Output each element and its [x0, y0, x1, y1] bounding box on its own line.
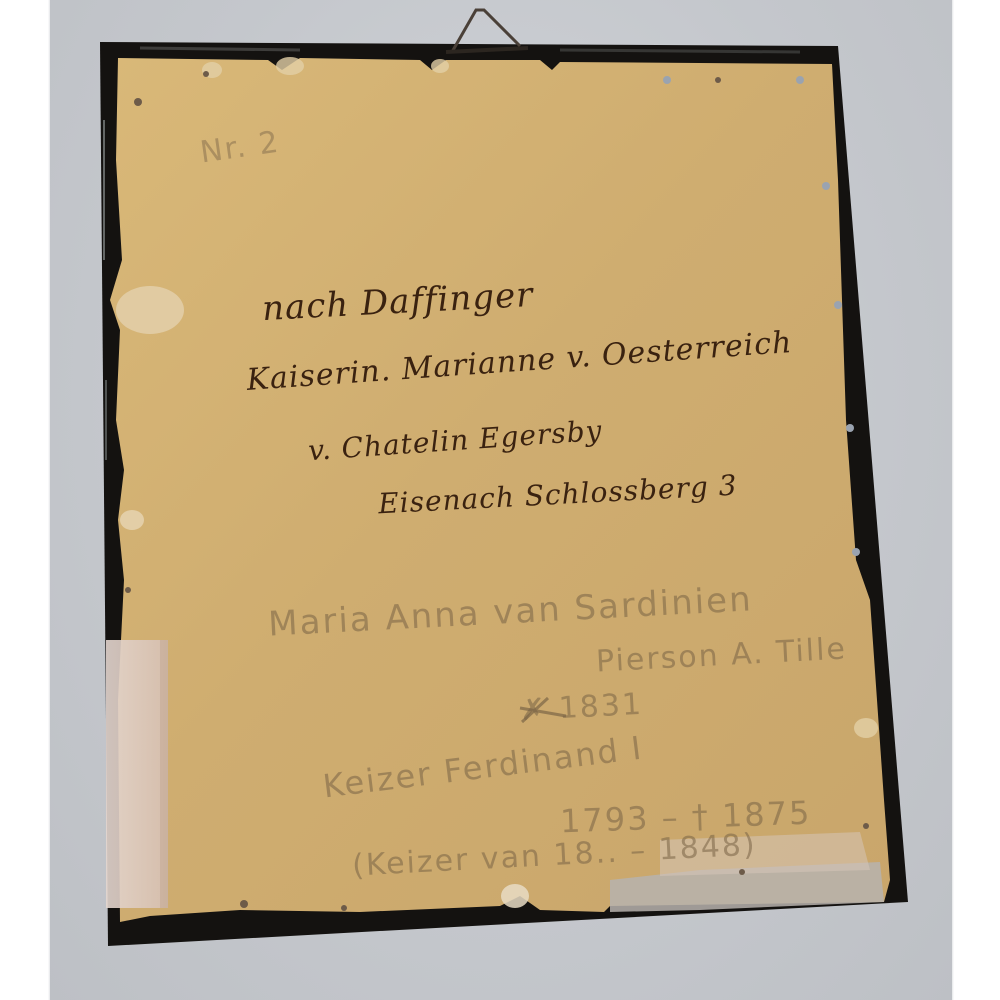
pencil-line-3: ✗ 1831: [519, 687, 644, 728]
hanging-hook: [452, 8, 524, 52]
